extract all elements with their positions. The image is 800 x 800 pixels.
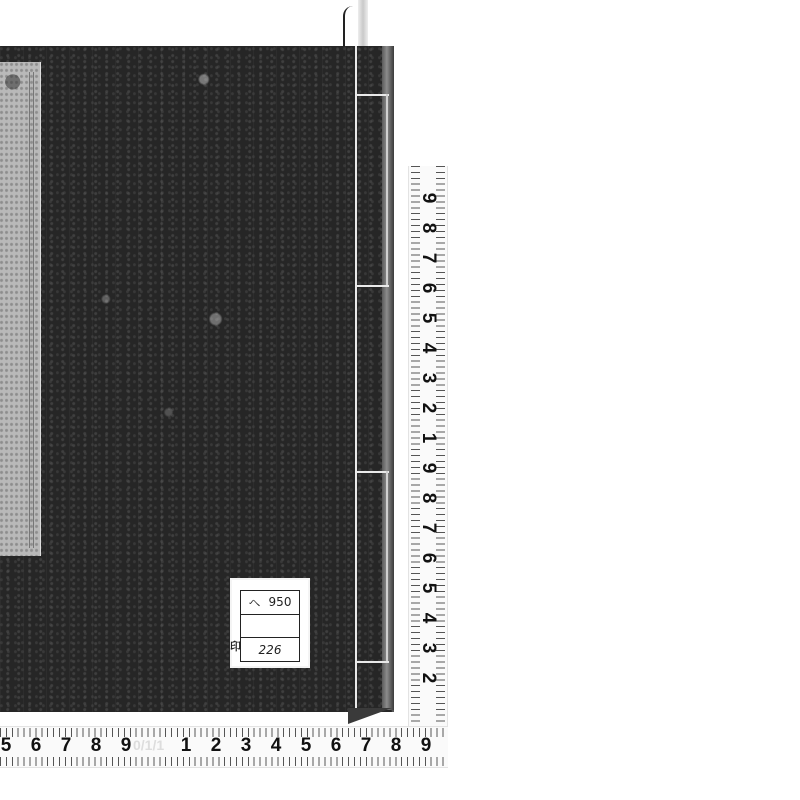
ruler-ticks	[0, 757, 448, 766]
ruler-numeral: 1	[418, 428, 438, 448]
ruler-numeral: 5	[0, 736, 16, 756]
scan-scene: ● ヘ 950 226 印 98765432198765432 0/1/1 56	[0, 0, 800, 800]
ruler-numeral: 4	[266, 736, 286, 756]
ruler-numeral: 1	[176, 736, 196, 756]
ruler-numeral: 9	[418, 188, 438, 208]
ruler-numeral: 7	[418, 248, 438, 268]
title-slip-border	[29, 72, 34, 548]
ruler-numeral: 4	[418, 608, 438, 628]
ruler-numeral: 9	[116, 736, 136, 756]
ruler-faded-mark: 0/1/1	[133, 737, 164, 753]
title-glyph: ●	[4, 68, 21, 92]
ruler-numeral: 3	[418, 368, 438, 388]
binding-stitch	[355, 285, 389, 287]
ruler-numeral: 3	[236, 736, 256, 756]
vertical-ruler: 98765432198765432	[408, 166, 448, 726]
catalog-label: ヘ 950 226 印	[232, 580, 308, 666]
label-row-item: 226	[241, 638, 299, 661]
ruler-numeral: 2	[418, 668, 438, 688]
ruler-numeral: 8	[418, 218, 438, 238]
ruler-numeral: 6	[26, 736, 46, 756]
ruler-numeral: 7	[356, 736, 376, 756]
ruler-numeral: 6	[418, 548, 438, 568]
binding-stitch	[355, 94, 389, 96]
ruler-numeral: 4	[418, 338, 438, 358]
ruler-numeral: 5	[296, 736, 316, 756]
title-slip: ●	[0, 62, 41, 556]
ruler-numeral: 5	[418, 578, 438, 598]
ruler-numeral: 9	[416, 736, 436, 756]
binding-stitch	[355, 471, 389, 473]
label-row-classification: ヘ 950	[241, 591, 299, 615]
seal-stamp: 印	[230, 638, 241, 654]
ruler-numeral: 6	[418, 278, 438, 298]
book-cover	[0, 46, 392, 712]
ruler-numeral: 8	[86, 736, 106, 756]
book-spine-edge	[382, 46, 394, 710]
ruler-numeral: 5	[418, 308, 438, 328]
page-edge-shadow	[358, 0, 368, 48]
ruler-numeral: 2	[206, 736, 226, 756]
label-prefix: ヘ	[249, 594, 261, 611]
ruler-numeral: 9	[418, 458, 438, 478]
binding-thread	[343, 6, 353, 50]
folded-corner	[348, 708, 392, 724]
label-item-number: 226	[259, 643, 282, 657]
ruler-numeral: 8	[418, 488, 438, 508]
label-number: 950	[269, 595, 292, 609]
ruler-numeral: 2	[418, 398, 438, 418]
binding-stitch	[386, 94, 388, 285]
binding-stitch-line	[355, 46, 357, 710]
binding-stitch	[386, 471, 388, 661]
horizontal-ruler: 0/1/1 56789123456789	[0, 726, 448, 768]
label-row-blank	[241, 615, 299, 639]
ruler-numeral: 8	[386, 736, 406, 756]
ruler-numeral: 7	[56, 736, 76, 756]
ruler-numeral: 3	[418, 638, 438, 658]
ruler-numeral: 7	[418, 518, 438, 538]
ruler-numeral: 6	[326, 736, 346, 756]
binding-stitch	[355, 661, 389, 663]
